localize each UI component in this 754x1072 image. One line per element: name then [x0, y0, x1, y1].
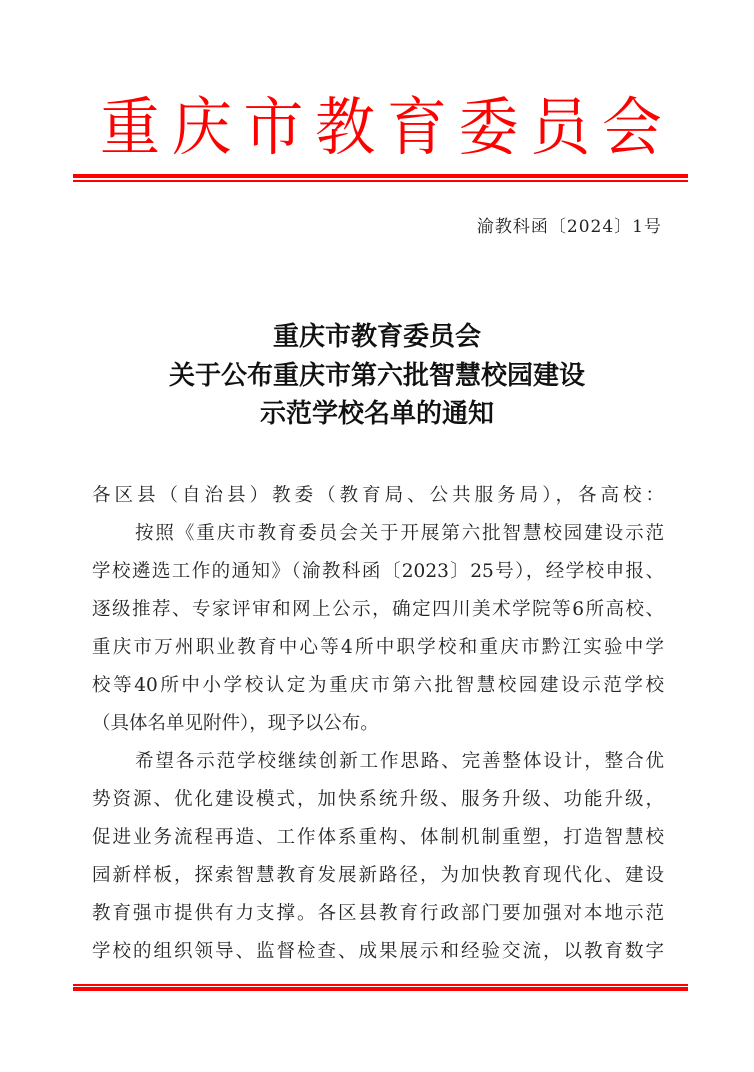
body-line: 促进业务流程再造、工作体系重构、体制机制重塑，打造智慧校	[92, 819, 664, 857]
body-line: 教育强市提供有力支撑。各区县教育行政部门要加强对本地示范	[92, 895, 664, 933]
masthead-char: 教	[315, 90, 375, 166]
header-rule-thin	[73, 180, 688, 182]
body-line: 园新样板，探索智慧教育发展新路径，为加快教育现代化、建设	[92, 857, 664, 895]
title-line: 示范学校名单的通知	[0, 395, 754, 434]
masthead-char: 市	[243, 90, 303, 166]
masthead-char: 员	[530, 90, 590, 166]
title-line: 重庆市教育委员会	[0, 318, 754, 357]
body-line: 按照《重庆市教育委员会关于开展第六批智慧校园建设示范	[92, 515, 664, 553]
body-line: 重庆市万州职业教育中心等4所中职学校和重庆市黔江实验中学	[92, 629, 664, 667]
masthead: 重 庆 市 教 育 委 员 会	[100, 92, 662, 164]
footer-rule-thick	[73, 987, 688, 991]
body-line: 学校遴选工作的通知》（渝教科函〔2023〕25号），经学校申报、	[92, 553, 664, 591]
header-rule-thick	[73, 174, 688, 178]
salutation: 各区县（自治县）教委（教育局、公共服务局），各高校：	[92, 477, 664, 515]
masthead-char: 委	[459, 90, 519, 166]
footer-rule-thin	[73, 984, 688, 986]
masthead-char: 庆	[172, 90, 232, 166]
body-line: 逐级推荐、专家评审和网上公示，确定四川美术学院等6所高校、	[92, 591, 664, 629]
title-line: 关于公布重庆市第六批智慧校园建设	[0, 357, 754, 396]
masthead-char: 会	[602, 90, 662, 166]
masthead-char: 育	[387, 90, 447, 166]
document-number: 渝教科函〔2024〕1号	[477, 214, 662, 240]
masthead-char: 重	[100, 90, 160, 166]
body-line: 势资源、优化建设模式，加快系统升级、服务升级、功能升级，	[92, 781, 664, 819]
body-line: 学校的组织领导、监督检查、成果展示和经验交流，以教育数字	[92, 933, 664, 971]
body-line: 校等40所中小学校认定为重庆市第六批智慧校园建设示范学校	[92, 667, 664, 705]
document-title: 重庆市教育委员会 关于公布重庆市第六批智慧校园建设 示范学校名单的通知	[0, 318, 754, 434]
body-line: （具体名单见附件），现予以公布。	[92, 705, 664, 743]
body-line: 希望各示范学校继续创新工作思路、完善整体设计，整合优	[92, 743, 664, 781]
document-body: 各区县（自治县）教委（教育局、公共服务局），各高校： 按照《重庆市教育委员会关于…	[92, 477, 664, 971]
